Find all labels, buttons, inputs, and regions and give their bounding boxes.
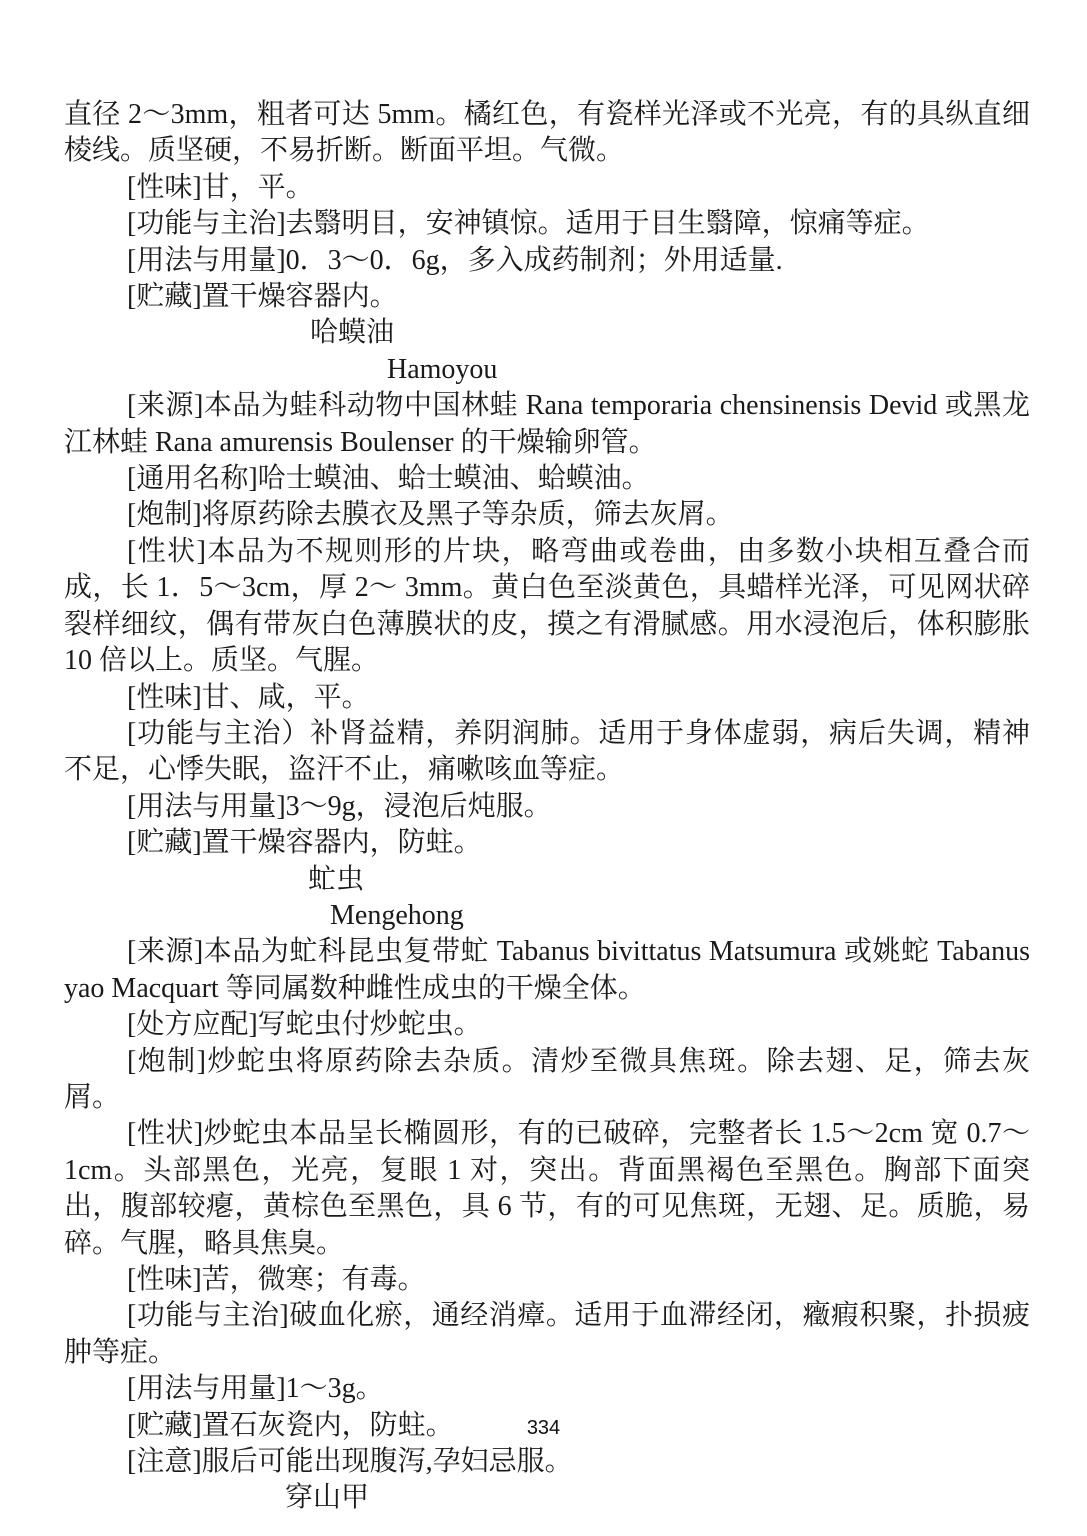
paragraph-yongfa-yongliang: [用法与用量]0．3～0．6g，多入成药制剂；外用适量. [64, 243, 1030, 279]
paragraph-chufang-yingpei: [处方应配]写蛇虫付炒蛇虫。 [64, 1007, 1030, 1043]
paragraph-laiyuan: [来源]本品为蛙科动物中国林蛙 Rana temporaria chensine… [64, 388, 1030, 461]
paragraph-xingzhuang: [性状]炒蛇虫本品呈长椭圆形，有的已破碎，完整者长 1.5～2cm 宽 0.7～… [64, 1116, 1030, 1262]
paragraph-tongyong-mingcheng: [通用名称]哈士蟆油、蛤士蟆油、蛤蟆油。 [64, 461, 1030, 497]
paragraph-xingwei: [性味]甘，平。 [64, 170, 1030, 206]
paragraph-gongneng-zhuzhi: [功能与主治）补肾益精，养阴润肺。适用于身体虚弱，病后失调，精神不足，心悸失眠，… [64, 716, 1030, 789]
paragraph-xingwei: [性味]苦，微寒；有毒。 [64, 1262, 1030, 1298]
paragraph-laiyuan: [来源]本品为虻科昆虫复带虻 Tabanus bivittatus Matsum… [64, 934, 1030, 1007]
paragraph-xingwei: [性味]甘、咸，平。 [64, 680, 1030, 716]
paragraph-yongfa-yongliang: [用法与用量]1～3g。 [64, 1371, 1030, 1407]
paragraph-zhuyi: [注意]服后可能出现腹泻,孕妇忌服。 [64, 1444, 1030, 1480]
paragraph-gongneng-zhuzhi: [功能与主治]去翳明目，安神镇惊。适用于目生翳障，惊痛等症。 [64, 206, 1030, 242]
page-body-text: 直径 2～3mm，粗者可达 5mm。橘红色，有瓷样光泽或不光亮，有的具纵直细棱线… [64, 97, 1030, 1517]
paragraph-zhucang: [贮藏]置干燥容器内，防蛀。 [64, 825, 1030, 861]
heading-chuanshanjia: 穿山甲 [285, 1480, 1030, 1516]
document-page: 直径 2～3mm，粗者可达 5mm。橘红色，有瓷样光泽或不光亮，有的具纵直细棱线… [0, 0, 1087, 1536]
heading-hamoyou: 哈蟆油 [310, 315, 1030, 351]
heading-mengchong: 虻虫 [308, 862, 1030, 898]
heading-mengchong-pinyin: Mengehong [330, 898, 1030, 934]
heading-hamoyou-pinyin: Hamoyou [387, 352, 1030, 388]
continuation-paragraph: 直径 2～3mm，粗者可达 5mm。橘红色，有瓷样光泽或不光亮，有的具纵直细棱线… [64, 97, 1030, 170]
paragraph-yongfa-yongliang: [用法与用量]3～9g，浸泡后炖服。 [64, 789, 1030, 825]
paragraph-zhucang: [贮藏]置干燥容器内。 [64, 279, 1030, 315]
page-number: 334 [0, 1417, 1087, 1440]
paragraph-gongneng-zhuzhi: [功能与主治]破血化瘀，通经消瘴。适用于血滞经闭，癥瘕积聚，扑损疲肿等症。 [64, 1298, 1030, 1371]
paragraph-xingzhuang: [性状]本品为不规则形的片块，略弯曲或卷曲，由多数小块相互叠合而成，长 1．5～… [64, 534, 1030, 680]
paragraph-paozhi: [炮制]将原药除去膜衣及黑子等杂质，筛去灰屑。 [64, 497, 1030, 533]
paragraph-paozhi: [炮制]炒蛇虫将原药除去杂质。清炒至微具焦斑。除去翅、足，筛去灰屑。 [64, 1044, 1030, 1117]
